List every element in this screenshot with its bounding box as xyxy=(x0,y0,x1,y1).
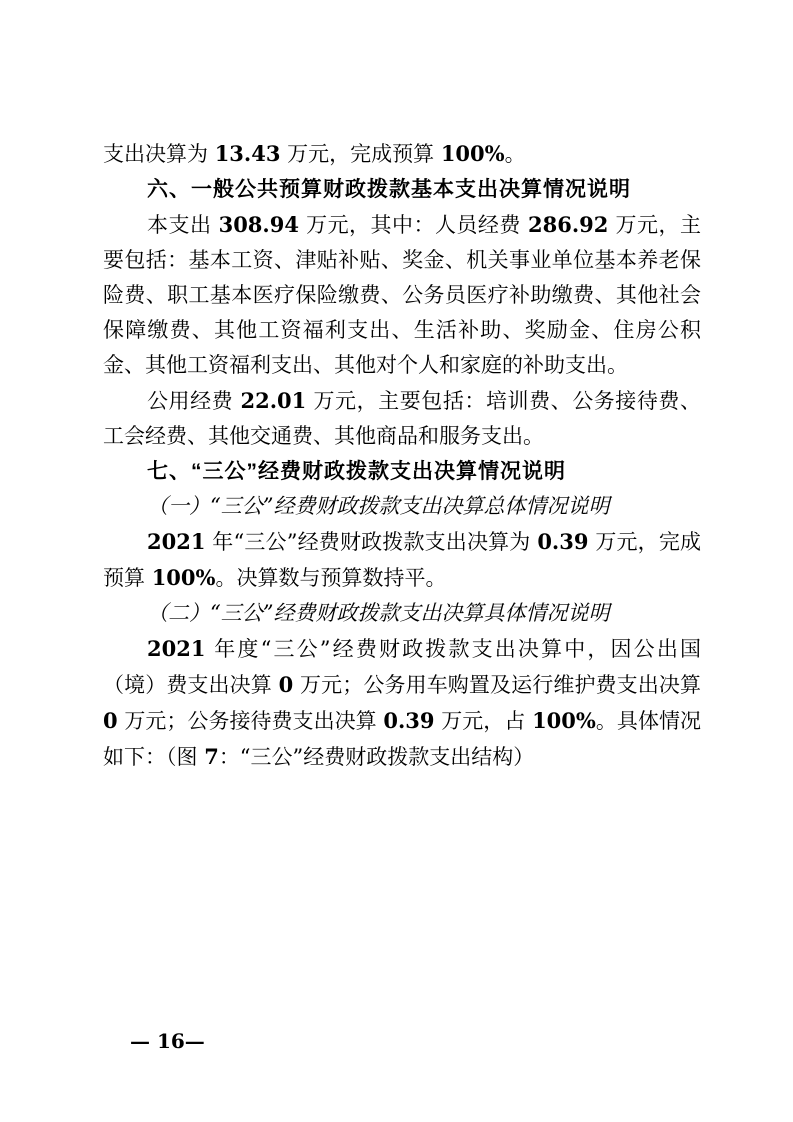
paragraph-carryover: 支出决算为 13.43 万元，完成预算 100%。 xyxy=(103,136,701,172)
text-run: 万元，完成预算 xyxy=(280,142,440,166)
subheading-overall-situation: （一）“三公”经费财政拨款支出决算总体情况说明 xyxy=(103,489,701,524)
text-run: 支出决算为 xyxy=(103,142,215,166)
heading-section-seven: 七、“三公”经费财政拨款支出决算情况说明 xyxy=(103,454,701,489)
text-run: （一）“三公”经费财政拨款支出决算总体情况说明 xyxy=(147,494,609,518)
text-run: 2021 xyxy=(147,529,205,554)
text-run: 七、“三公”经费财政拨款支出决算情况说明 xyxy=(147,460,566,483)
text-run: 13.43 xyxy=(215,141,281,166)
text-run: 年“三公”经费财政拨款支出决算为 xyxy=(205,530,537,554)
text-run: 7 xyxy=(204,744,219,769)
text-run: 0.39 xyxy=(383,708,434,733)
text-run: 308.94 xyxy=(219,212,299,237)
document-page: 支出决算为 13.43 万元，完成预算 100%。 六、一般公共预算财政拨款基本… xyxy=(0,0,793,1122)
text-run: 万元，主要包括：基本工资、津贴补贴、奖金、机关事业单位基本养老保险费、职工基本医… xyxy=(103,213,701,377)
text-run: 22.01 xyxy=(240,388,306,413)
text-run: 0.39 xyxy=(537,529,588,554)
heading-section-six: 六、一般公共预算财政拨款基本支出决算情况说明 xyxy=(103,172,701,207)
paragraph-basic-expenditure: 本支出 308.94 万元，其中：人员经费 286.92 万元，主要包括：基本工… xyxy=(103,207,701,383)
text-run: 100% xyxy=(152,565,216,590)
text-run: 0 xyxy=(279,672,294,697)
paragraph-public-funds: 公用经费 22.01 万元，主要包括：培训费、公务接待费、工会经费、其他交通费、… xyxy=(103,383,701,454)
text-run: 万元，占 xyxy=(435,709,533,733)
text-run: 六、一般公共预算财政拨款基本支出决算情况说明 xyxy=(147,178,631,201)
paragraph-specific-2021: 2021 年度“三公”经费财政拨款支出决算中，因公出国（境）费支出决算 0 万元… xyxy=(103,631,701,775)
text-run: 286.92 xyxy=(528,212,608,237)
text-run: 100% xyxy=(532,708,596,733)
text-run: 。决算数与预算数持平。 xyxy=(215,566,446,590)
document-body: 支出决算为 13.43 万元，完成预算 100%。 六、一般公共预算财政拨款基本… xyxy=(103,136,701,775)
text-run: 2021 xyxy=(147,636,205,661)
page-number: — 16— xyxy=(130,1028,205,1054)
text-run: （二）“三公”经费财政拨款支出决算具体情况说明 xyxy=(147,601,609,625)
subheading-specific-situation: （二）“三公”经费财政拨款支出决算具体情况说明 xyxy=(103,596,701,631)
text-run: 万元；公务用车购置及运行维护费支出决算 xyxy=(293,673,701,697)
text-run: 100% xyxy=(441,141,505,166)
text-run: 万元；公务接待费支出决算 xyxy=(118,709,384,733)
text-run: 0 xyxy=(103,708,118,733)
text-run: 公用经费 xyxy=(147,389,240,413)
paragraph-overall-2021: 2021 年“三公”经费财政拨款支出决算为 0.39 万元，完成预算 100%。… xyxy=(103,524,701,596)
text-run: 万元，其中：人员经费 xyxy=(299,213,528,237)
text-run: 本支出 xyxy=(147,213,219,237)
text-run: 。 xyxy=(505,142,526,166)
text-run: ：“三公”经费财政拨款支出结构） xyxy=(219,745,534,769)
